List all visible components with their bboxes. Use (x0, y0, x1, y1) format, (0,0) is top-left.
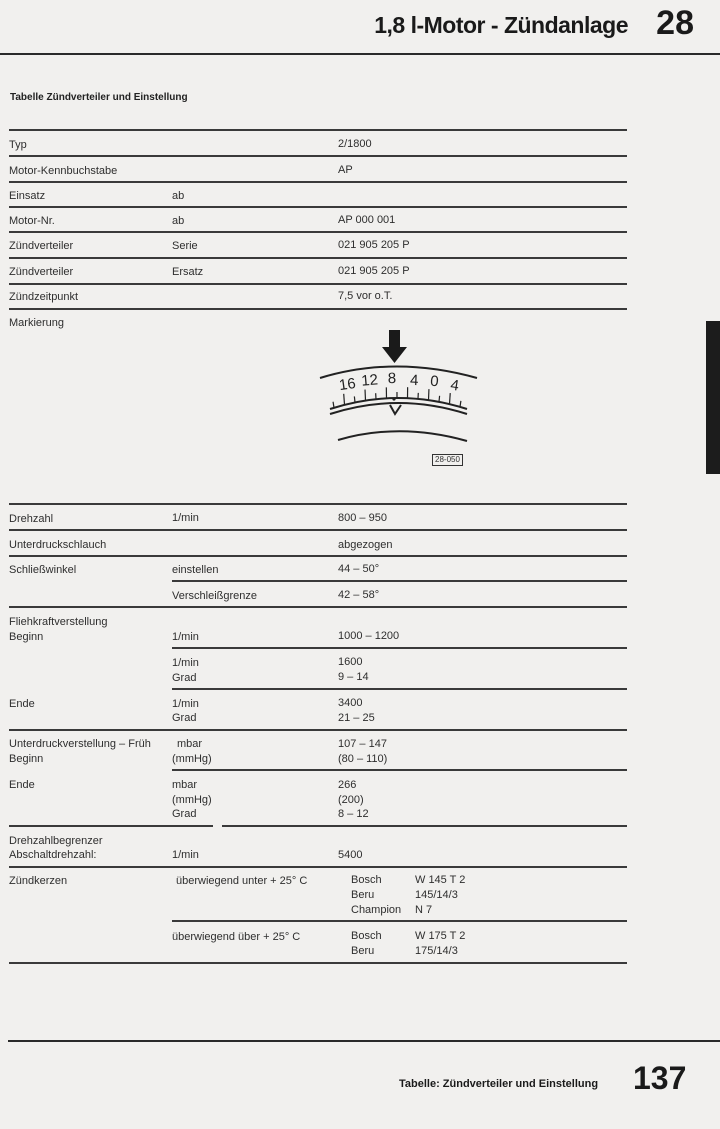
cell-value: 266 (338, 778, 356, 793)
cell-unit: 1/min (172, 630, 199, 645)
table-rule (9, 257, 627, 259)
timing-mark-diagram: 16128404 (310, 325, 490, 450)
figure-id-label: 28-050 (432, 454, 463, 466)
cell-label: Motor-Nr. (9, 214, 55, 229)
cell-label: Fliehkraftverstellung (9, 615, 107, 630)
cell-value: 107 – 147 (338, 737, 387, 752)
cell-value: 3400 (338, 696, 362, 711)
page-number: 137 (633, 1060, 686, 1097)
footer-title: Tabelle: Zündverteiler und Einstellung (399, 1078, 598, 1090)
cell-label: Schließwinkel (9, 563, 76, 578)
table-rule (9, 206, 627, 208)
cell-condition: überwiegend über + 25° C (172, 930, 300, 945)
table-rule (9, 155, 627, 157)
table-rule (9, 503, 627, 505)
footer-rule (8, 1040, 720, 1042)
chapter-tab-marker (706, 321, 720, 474)
cell-value: 021 905 205 P (338, 264, 410, 279)
cell-unit: Grad (172, 807, 196, 822)
cell-value: 1600 (338, 655, 362, 670)
plug-brand: Bosch (351, 873, 382, 888)
cell-label: Beginn (9, 752, 43, 767)
scale-labels: 16128404 (338, 370, 460, 395)
table-rule (9, 529, 627, 531)
cell-qualifier: ab (172, 189, 184, 204)
plug-type: N 7 (415, 903, 432, 918)
cell-value: AP 000 001 (338, 213, 395, 228)
cell-value: 9 – 14 (338, 670, 369, 685)
svg-text:8: 8 (388, 370, 397, 387)
cell-value: abgezogen (338, 538, 392, 553)
table-rule (9, 555, 627, 557)
cell-label: Abschaltdrehzahl: (9, 848, 96, 863)
cell-label: Unterdruckverstellung – Früh (9, 737, 151, 752)
cell-label: Ende (9, 778, 35, 793)
plug-brand: Beru (351, 888, 374, 903)
arrow-down-icon (382, 330, 407, 363)
cell-value: 021 905 205 P (338, 238, 410, 253)
plug-type: W 175 T 2 (415, 929, 465, 944)
cell-label: Motor-Kennbuchstabe (9, 164, 117, 179)
cell-label: Zündkerzen (9, 874, 67, 889)
cell-label: Typ (9, 138, 27, 153)
cell-unit: 1/min (172, 697, 199, 712)
svg-text:0: 0 (429, 373, 439, 391)
table-rule (9, 606, 627, 608)
table-rule (172, 647, 627, 649)
cell-value: (80 – 110) (338, 752, 387, 767)
cell-value: (200) (338, 793, 364, 808)
cell-value: 8 – 12 (338, 807, 369, 822)
cell-qualifier: Serie (172, 239, 198, 254)
svg-text:4: 4 (410, 372, 419, 389)
table-rule (9, 866, 627, 868)
cell-value: 44 – 50° (338, 562, 379, 577)
table-rule (9, 181, 627, 183)
table-rule (172, 769, 627, 771)
table-rule (9, 283, 627, 285)
plug-type: 145/14/3 (415, 888, 458, 903)
cell-unit: Grad (172, 671, 196, 686)
table-rule (9, 729, 627, 731)
cell-value: 800 – 950 (338, 511, 387, 526)
cell-condition: überwiegend unter + 25° C (176, 874, 307, 889)
cell-unit: 1/min (172, 511, 199, 526)
cell-label: Zündzeitpunkt (9, 290, 78, 305)
cell-value: 7,5 vor o.T. (338, 289, 392, 304)
cell-label: Drehzahlbegrenzer (9, 834, 103, 849)
cell-label: Ende (9, 697, 35, 712)
cell-label: Beginn (9, 630, 43, 645)
cell-qualifier: ab (172, 214, 184, 229)
plug-brand: Champion (351, 903, 401, 918)
table-rule (172, 920, 627, 922)
cell-unit: mbar (172, 778, 197, 793)
cell-unit: 1/min (172, 656, 199, 671)
cell-unit: Grad (172, 711, 196, 726)
markierung-label: Markierung (9, 316, 64, 331)
cell-value: 5400 (338, 848, 362, 863)
svg-text:16: 16 (338, 375, 357, 394)
cell-unit: mbar (177, 737, 202, 752)
cell-label: Drehzahl (9, 512, 53, 527)
cell-label: Zündverteiler (9, 265, 73, 280)
chapter-title: 1,8 l-Motor - Zündanlage (374, 12, 628, 39)
plug-type: 175/14/3 (415, 944, 458, 959)
svg-text:12: 12 (361, 371, 379, 389)
chapter-number: 28 (656, 4, 694, 43)
table-rule (9, 825, 213, 827)
cell-unit: (mmHg) (172, 793, 212, 808)
cell-value: 21 – 25 (338, 711, 375, 726)
table-rule (222, 825, 627, 827)
table-rule (9, 129, 627, 131)
table-rule (9, 308, 627, 310)
plug-brand: Beru (351, 944, 374, 959)
cell-qualifier: Ersatz (172, 265, 203, 280)
table-rule (172, 580, 627, 582)
cell-value: 42 – 58° (338, 588, 379, 603)
svg-text:4: 4 (449, 377, 460, 395)
cell-qualifier: einstellen (172, 563, 218, 578)
cell-unit: 1/min (172, 848, 199, 863)
cell-value: AP (338, 163, 353, 178)
cell-label: Zündverteiler (9, 239, 73, 254)
table-rule (9, 231, 627, 233)
plug-type: W 145 T 2 (415, 873, 465, 888)
table-caption: Tabelle Zündverteiler und Einstellung (10, 92, 188, 103)
cell-qualifier: Verschleißgrenze (172, 589, 257, 604)
cell-value: 2/1800 (338, 137, 372, 152)
table-rule (172, 688, 627, 690)
header-rule (0, 53, 720, 55)
cell-label: Einsatz (9, 189, 45, 204)
table-rule (9, 962, 627, 964)
cell-unit: (mmHg) (172, 752, 212, 767)
plug-brand: Bosch (351, 929, 382, 944)
cell-label: Unterdruckschlauch (9, 538, 106, 553)
cell-value: 1000 – 1200 (338, 629, 399, 644)
